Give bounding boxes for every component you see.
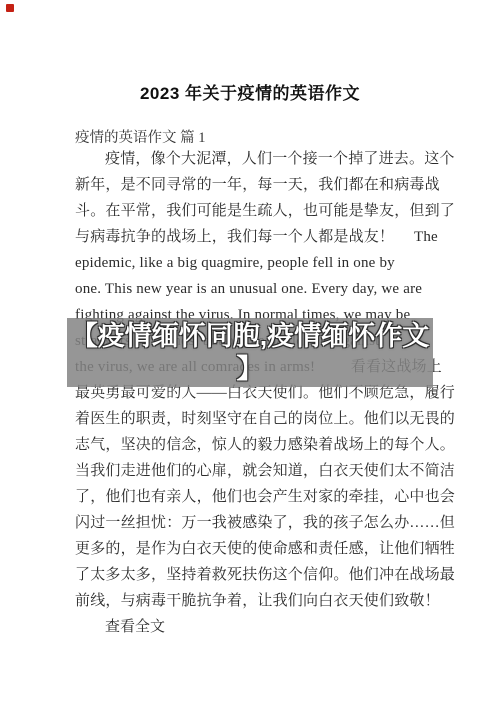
body-line: 闪过一丝担忧：万一我被感染了，我的孩子怎么办……但 xyxy=(75,510,435,536)
body-line: 斗。在平常，我们可能是生疏人，也可能是挚友，但到了 xyxy=(75,198,435,224)
body-line: 更多的，是作为白衣天使的使命感和责任感，让他们牺牲 xyxy=(75,536,435,562)
body-line: one. This new year is an unusual one. Ev… xyxy=(75,276,435,302)
body-line: 了太多太多，坚持着救死扶伤这个信仰。他们冲在战场最 xyxy=(75,562,435,588)
document-page: 2023 年关于疫情的英语作文 疫情的英语作文 篇 1 疫情，像个大泥潭，人们一… xyxy=(0,0,500,706)
body-line: 当我们走进他们的心扉，就会知道，白衣天使们太不简洁 xyxy=(75,458,435,484)
body-line: 志气，坚决的信念，惊人的毅力感染着战场上的每个人。 xyxy=(75,432,435,458)
overlay-link-banner[interactable]: 【疫情缅怀同胞,疫情缅怀作文 】 xyxy=(67,318,433,387)
body-line: 疫情，像个大泥潭，人们一个接一个掉了进去。这个 xyxy=(75,146,435,172)
overlay-banner-text-line1: 【疫情缅怀同胞,疫情缅怀作文 xyxy=(67,320,433,353)
body-line: epidemic, like a big quagmire, people fe… xyxy=(75,250,435,276)
red-marker-icon xyxy=(6,4,14,12)
body-line: 前线，与病毒干脆抗争着，让我们向白衣天使们致敬！ xyxy=(75,588,435,614)
body-line: 与病毒抗争的战场上，我们每一个人都是战友！ The xyxy=(75,224,435,250)
body-line: 着医生的职责，时刻坚守在自己的岗位上。他们以无畏的 xyxy=(75,406,435,432)
body-line: 新年，是不同寻常的一年，每一天，我们都在和病毒战 xyxy=(75,172,435,198)
section-heading: 疫情的英语作文 篇 1 xyxy=(75,126,206,147)
overlay-banner-text-line2: 】 xyxy=(67,353,433,386)
page-title: 2023 年关于疫情的英语作文 xyxy=(0,79,500,104)
essay-body: 疫情，像个大泥潭，人们一个接一个掉了进去。这个新年，是不同寻常的一年，每一天，我… xyxy=(75,146,435,640)
view-full-text-link[interactable]: 查看全文 xyxy=(75,614,435,640)
body-line: 了，他们也有亲人，他们也会产生对家的牵挂，心中也会 xyxy=(75,484,435,510)
